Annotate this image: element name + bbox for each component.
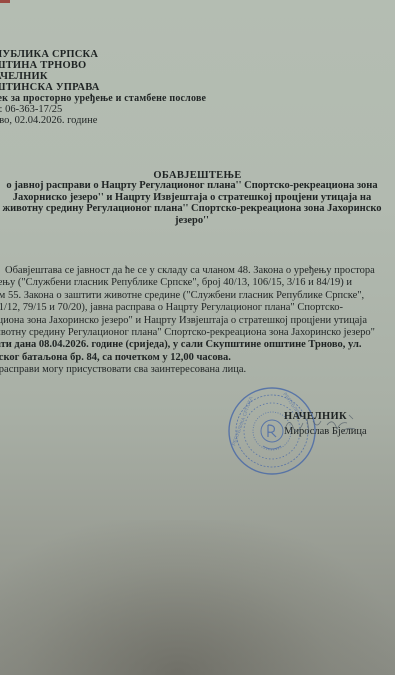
subtitle-line: Јахорниско језеро'' и Нацрту Извјештаја … <box>0 192 395 204</box>
subtitle-line: животну средину Регулационог плана'' Спо… <box>0 203 395 215</box>
subtitle-line: о јавној расправи о Нацрту Регулационог … <box>0 180 395 192</box>
subtitle-line: језеро'' <box>0 215 395 227</box>
document-subtitle: о јавној расправи о Нацрту Регулационог … <box>0 180 395 226</box>
letterhead: ПУБЛИКА СРПСКА ШТИНА ТРНОВО АЧЕЛНИК ШТИН… <box>0 49 206 126</box>
place-date: ово, 02.04.2026. године <box>0 115 206 126</box>
body-line: животну средину Регулационог плана" Спор… <box>0 327 388 339</box>
photo-shadow <box>0 520 395 675</box>
body-line: ађењу ("Службени гласник Републике Српск… <box>0 277 388 289</box>
letterhead-line: ПУБЛИКА СРПСКА <box>0 49 206 60</box>
hearing-location-line: овског батаљона бр. 84, са почетком у 12… <box>0 352 388 364</box>
handwritten-signature-icon <box>277 409 359 439</box>
letterhead-line: АЧЕЛНИК <box>0 71 206 82</box>
paper-edge-mark <box>0 0 10 3</box>
body-line: еациона зона Јахоринско језеро" и Нацрту… <box>0 315 388 327</box>
hearing-datetime-line: жати дана 08.04.2026. године (сриједа), … <box>0 339 388 351</box>
reference-number: ј : 06-363-17/25 <box>0 104 206 115</box>
body-line: ном 55. Закона о заштити животне средине… <box>0 290 388 302</box>
svg-text:РЕПУБЛИКА СРПСКА: РЕПУБЛИКА СРПСКА <box>231 395 255 446</box>
letterhead-line: ШТИНСКА УПРАВА <box>0 82 206 93</box>
body-line: : 71/12, 79/15 и 70/20), јавна расправа … <box>0 302 388 314</box>
letterhead-line: ШТИНА ТРНОВО <box>0 60 206 71</box>
notice-body: Обавјештава се јавност да ће се у складу… <box>0 265 388 377</box>
department-name: јек за просторно уређење и стамбене посл… <box>0 93 206 104</box>
closing-line: ој расправи могу присуствовати сва заинт… <box>0 364 388 376</box>
body-line: Обавјештава се јавност да ће се у складу… <box>0 265 388 277</box>
